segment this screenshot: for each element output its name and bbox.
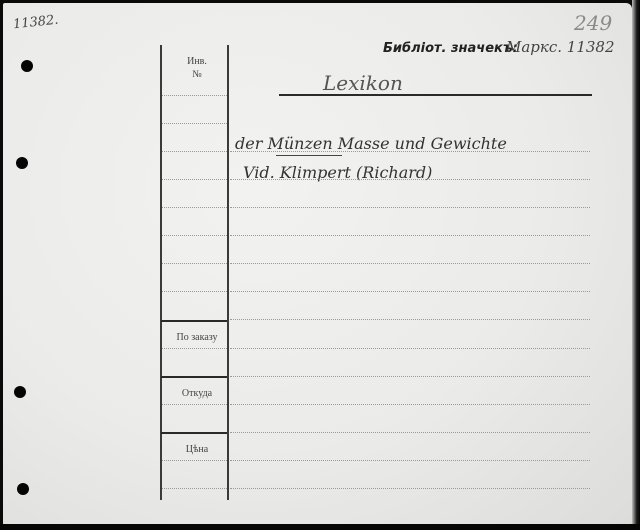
body-rule [230, 151, 590, 152]
punch-hole-1 [21, 60, 33, 72]
side-rule [162, 95, 227, 96]
corner-number: 11382. [12, 13, 59, 33]
side-rule [162, 291, 227, 292]
side-rule [162, 151, 227, 152]
inventory-number-sign: № [164, 69, 230, 80]
price-label: Цѣна [164, 444, 230, 455]
section-divider-order [161, 320, 227, 322]
scan-edge-bottom [0, 524, 640, 530]
body-rule [230, 404, 590, 405]
body-rule [230, 348, 590, 349]
body-rule [230, 263, 590, 264]
side-rule [162, 488, 227, 489]
library-mark-value: Маркс. 11382 [506, 38, 615, 56]
body-rule [230, 291, 590, 292]
source-label: Откуда [164, 388, 230, 399]
order-label: По заказу [164, 332, 230, 343]
body-rule [230, 235, 590, 236]
library-mark-label: Библіот. значекъ: [383, 41, 518, 56]
side-rule [162, 235, 227, 236]
side-rule [162, 207, 227, 208]
scan-edge-right [632, 0, 640, 530]
section-divider-source [161, 376, 227, 378]
side-rule [162, 404, 227, 405]
underline-muenzen [276, 155, 342, 156]
section-divider-price [161, 432, 227, 434]
side-rule [162, 460, 227, 461]
side-rule [162, 263, 227, 264]
side-rule [162, 348, 227, 349]
catalog-card: 11382. 249 Библіот. значекъ: Маркс. 1138… [3, 3, 632, 525]
body-rule [230, 207, 590, 208]
inventory-label: Инв. [164, 56, 230, 67]
page-number: 249 [574, 11, 612, 35]
title-underline [279, 94, 592, 96]
side-rule [162, 179, 227, 180]
side-rule [162, 123, 227, 124]
body-rule [230, 460, 590, 461]
body-rule [230, 179, 590, 180]
punch-hole-4 [17, 483, 29, 495]
body-rule [230, 376, 590, 377]
punch-hole-2 [16, 157, 28, 169]
body-rule [230, 432, 590, 433]
punch-hole-3 [14, 386, 26, 398]
body-rule [230, 319, 590, 320]
body-rule [230, 488, 590, 489]
card-title: Lexikon [323, 71, 403, 95]
side-column-right-border [227, 45, 229, 500]
